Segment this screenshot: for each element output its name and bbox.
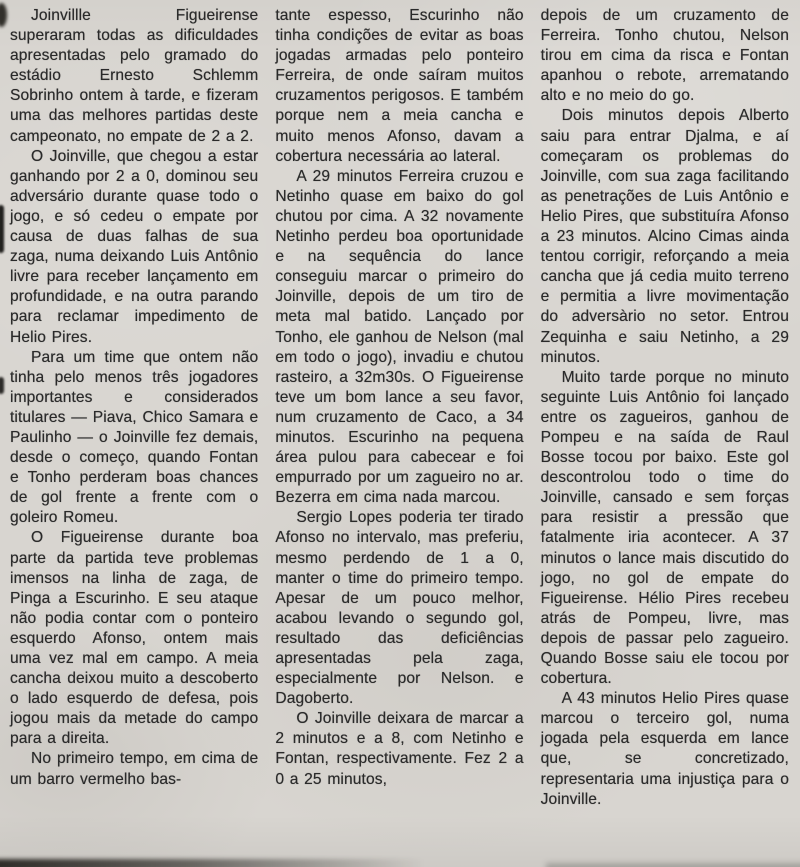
article-paragraph: O Figueirense durante boa parte da parti… xyxy=(10,528,258,749)
scan-artifact-left-streak xyxy=(0,205,4,253)
scan-artifact-left-streak xyxy=(0,377,4,394)
article-paragraph: A 29 minutos Ferreira cruzou e Netinho q… xyxy=(275,167,523,509)
article-paragraph: tante espesso, Escurinho não tinha condi… xyxy=(275,6,523,167)
article-body: Joinvillle Figueirense superaram todas a… xyxy=(10,6,789,867)
article-column-1: Joinvillle Figueirense superaram todas a… xyxy=(10,6,258,867)
article-paragraph: Muito tarde porque no minuto seguinte Lu… xyxy=(541,368,789,690)
scan-artifact-top-left xyxy=(0,3,7,27)
article-paragraph: Sergio Lopes poderia ter tirado Afonso n… xyxy=(275,508,523,709)
article-paragraph: Dois minutos depois Alberto saiu para en… xyxy=(541,106,789,367)
article-paragraph: depois de um cruzamento de Ferreira. Ton… xyxy=(541,6,789,106)
article-paragraph: O Joinville, que chegou a estar ganhando… xyxy=(10,147,258,348)
article-paragraph: No primeiro tempo, em cima de um barro v… xyxy=(10,749,258,789)
article-paragraph: Para um time que ontem não tinha pelo me… xyxy=(10,348,258,529)
article-column-2: tante espesso, Escurinho não tinha condi… xyxy=(275,6,523,867)
article-paragraph: A 43 minutos Helio Pires quase marcou o … xyxy=(541,689,789,810)
article-column-3: depois de um cruzamento de Ferreira. Ton… xyxy=(541,6,789,867)
newspaper-page: Joinvillle Figueirense superaram todas a… xyxy=(0,0,800,867)
article-paragraph: O Joinville deixara de marcar a 2 minuto… xyxy=(275,709,523,789)
article-paragraph: Joinvillle Figueirense superaram todas a… xyxy=(10,6,258,147)
